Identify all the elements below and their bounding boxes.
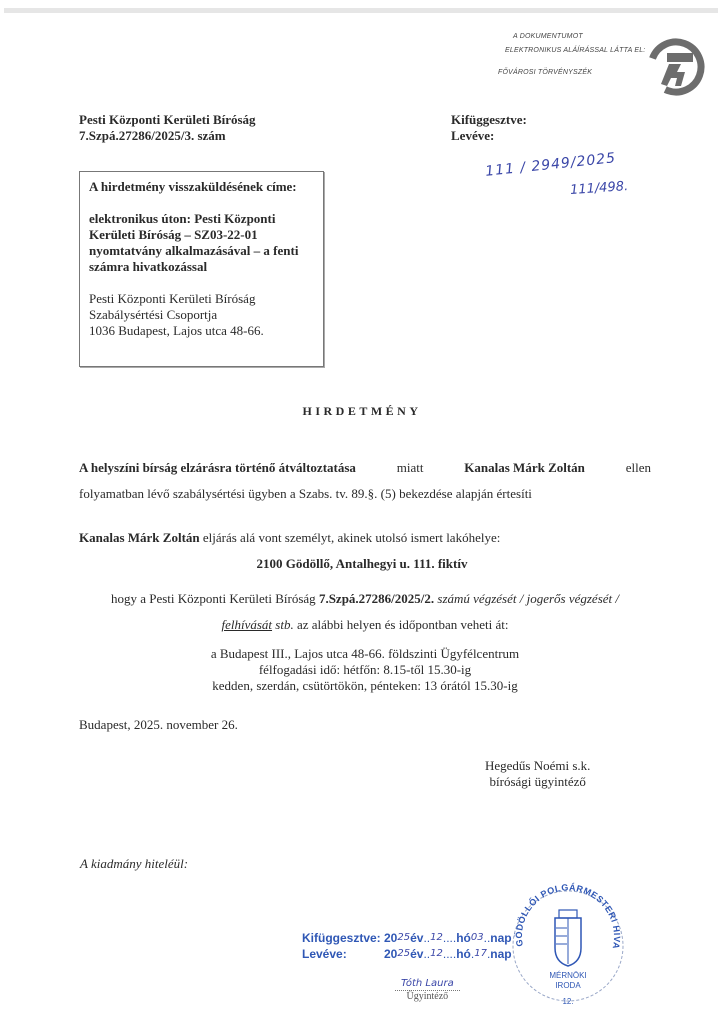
notice-text: miatt (397, 455, 424, 481)
coat-of-arms-icon (555, 910, 581, 966)
paragraph-notice: A helyszíni bírság elzárásra történő átv… (79, 455, 651, 507)
posted-label: Kifüggesztve: (451, 112, 527, 128)
stamp-center-line1: MÉRNÖKI (549, 971, 586, 980)
e-signature-stamp: A DOKUMENTUMOT ELEKTRONIKUS ALÁÍRÁSSAL L… (505, 30, 645, 80)
stamp-ev: év (410, 930, 423, 946)
clerk-signature: Tóth Laura Ügyintéző (395, 978, 460, 1003)
stamp-ev: év (410, 946, 423, 962)
stamp-number: 12. (562, 997, 573, 1006)
notice-text: ellen (626, 455, 651, 481)
pickup-place: a Budapest III., Lajos utca 48-66. földs… (79, 646, 651, 694)
pickup-place-line: a Budapest III., Lajos utca 48-66. földs… (79, 646, 651, 662)
stamp-center-line2: IRODA (555, 981, 581, 990)
return-box-electronic: elektronikus úton: Pesti Központi Kerüle… (89, 211, 323, 275)
return-address-box: A hirdetmény visszaküldésének címe: elek… (79, 171, 324, 367)
notice-line2: folyamatban lévő szabálysértési ügyben a… (79, 481, 651, 507)
return-address-line: Pesti Központi Kerületi Bíróság (89, 291, 323, 307)
document-date: Budapest, 2025. november 26. (79, 717, 238, 733)
signer-name: Hegedűs Noémi s.k. (485, 758, 590, 774)
stamp-removed-month: 12 (430, 946, 443, 962)
stamp-year-prefix: 20 (384, 930, 397, 946)
stamp-ho: hó (456, 946, 471, 962)
court-logo-icon (647, 38, 705, 96)
person-text: eljárás alá vont személyt, akinek utolsó… (200, 530, 501, 545)
person-address: 2100 Gödöllő, Antalhegyi u. 111. fiktív (0, 556, 724, 572)
stamp-posted-month: 12 (430, 930, 443, 946)
e-signature-line1: A DOKUMENTUMOT (505, 30, 645, 44)
paragraph-person: Kanalas Márk Zoltán eljárás alá vont sze… (79, 530, 500, 546)
signer-role: bírósági ügyintéző (485, 774, 590, 790)
removed-label: Levéve: (451, 128, 527, 144)
document-types: számú végzését / jogerős végzését / (434, 591, 619, 606)
signature-block: Hegedűs Noémi s.k. bírósági ügyintéző (485, 758, 590, 790)
paragraph-pickup: hogy a Pesti Központi Kerületi Bíróság 7… (79, 586, 651, 638)
court-header: Pesti Központi Kerületi Bíróság 7.Szpá.2… (79, 112, 256, 144)
document-title: HIRDETMÉNY (0, 404, 724, 419)
person-name: Kanalas Márk Zoltán (464, 455, 585, 481)
page-top-border (4, 8, 718, 13)
return-box-heading: A hirdetmény visszaküldésének címe: (89, 179, 323, 195)
return-box-address: Pesti Központi Kerületi Bíróság Szabálys… (89, 291, 323, 339)
posting-stamp: Kifüggesztve: 2025év..12....hó03..nap Le… (302, 930, 512, 962)
stamp-year-prefix: 20 (384, 946, 397, 962)
stamp-posted-label: Kifüggesztve: (302, 930, 384, 946)
person-name: Kanalas Márk Zoltán (79, 530, 200, 545)
pickup-text: az alábbi helyen és időpontban veheti át… (294, 617, 509, 632)
case-number: 7.Szpá.27286/2025/3. szám (79, 128, 256, 144)
posting-header: Kifüggesztve: Levéve: (451, 112, 527, 144)
notice-subject: A helyszíni bírság elzárásra történő átv… (79, 455, 356, 481)
pickup-text: hogy a Pesti Központi Kerületi Bíróság (111, 591, 319, 606)
pickup-place-line: félfogadási idő: hétfőn: 8.15-től 15.30-… (79, 662, 651, 678)
referenced-case-number: 7.Szpá.27286/2025/2. (319, 591, 434, 606)
stamp-removed-year: 25 (397, 946, 410, 962)
document-type-underlined: felhívását (221, 617, 272, 632)
stamp-posted-day: 03 (471, 930, 484, 946)
court-name: Pesti Központi Kerületi Bíróság (79, 112, 256, 128)
stamp-removed-day: 17 (474, 946, 487, 962)
stamp-ring-text: GÖDÖLLŐI POLGÁRMESTERI HIVATAL (509, 866, 622, 950)
e-signature-line2: ELEKTRONIKUS ALÁÍRÁSSAL LÁTTA EL: (505, 44, 645, 58)
return-address-line: 1036 Budapest, Lajos utca 48-66. (89, 323, 323, 339)
e-signature-line3: FŐVÁROSI TÖRVÉNYSZÉK (498, 66, 645, 80)
certification-label: A kiadmány hiteléül: (80, 856, 188, 872)
clerk-role: Ügyintéző (395, 991, 460, 1003)
handwritten-registration: 111 / 2949/2025 (485, 150, 617, 180)
document-type-etc: stb. (272, 617, 294, 632)
clerk-handwritten-signature: Tóth Laura (395, 978, 460, 991)
pickup-place-line: kedden, szerdán, csütörtökön, pénteken: … (79, 678, 651, 694)
stamp-ho: hó (456, 930, 471, 946)
stamp-posted-year: 25 (397, 930, 410, 946)
handwritten-subnumber: 111/498. (570, 179, 629, 198)
return-address-line: Szabálysértési Csoportja (89, 307, 323, 323)
stamp-removed-label: Levéve: (302, 946, 384, 962)
svg-text:GÖDÖLLŐI POLGÁRMESTERI HIVATAL: GÖDÖLLŐI POLGÁRMESTERI HIVATAL (509, 866, 622, 950)
round-stamp: GÖDÖLLŐI POLGÁRMESTERI HIVATAL MÉRNÖKI I… (509, 866, 625, 1016)
